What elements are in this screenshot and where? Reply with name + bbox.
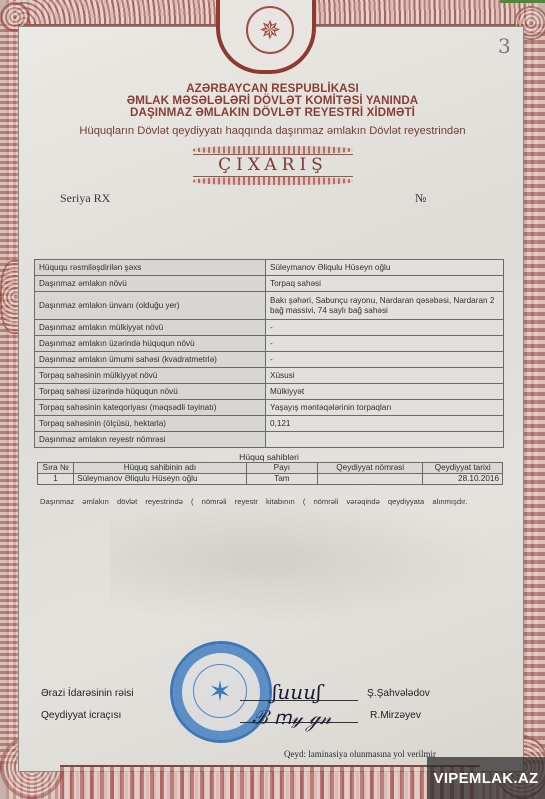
field-label: Daşınmaz əmlakın ünvanı (olduğu yer) — [35, 292, 266, 320]
number-label: № — [415, 191, 426, 206]
column-header: Qeydiyyat nömrəsi — [318, 463, 423, 474]
header-subtitle: Hüquqların Dövlət qeydiyyatı haqqında da… — [0, 125, 545, 137]
document-background: ✵ 3 AZƏRBAYCAN RESPUBLİKASI ƏMLAK MƏSƏLƏ… — [0, 0, 545, 799]
background-watermark — [110, 495, 500, 625]
column-header: Qeydiyyat tarixi — [423, 463, 503, 474]
handwritten-page-number: 3 — [498, 34, 511, 58]
field-value: Xüsusi — [266, 368, 504, 384]
field-label: Daşınmaz əmlakın üzərində hüququn növü — [35, 336, 266, 352]
table-cell: 28.10.2016 — [423, 474, 503, 485]
field-label: Daşınmaz əmlakın reyestr nömrəsi — [35, 432, 266, 448]
table-cell: Süleymanov Əliqulu Hüseyn oğlu — [74, 474, 247, 485]
table-row: Torpaq sahəsinin mülkiyyət növüXüsusi — [35, 368, 504, 384]
stamp-emblem-icon: ✶ — [193, 664, 247, 718]
field-label: Daşınmaz əmlakın növü — [35, 276, 266, 292]
signature-scribble-icon: ʃuuuʃ — [272, 680, 322, 704]
signature-name-executor: R.Mirzəyev — [370, 710, 421, 721]
table-row: Daşınmaz əmlakın üzərində hüququn növü- — [35, 336, 504, 352]
field-value: Süleymanov Əliqulu Hüseyn oğlu — [266, 260, 504, 276]
table-row: Daşınmaz əmlakın ümumi sahəsi (kvadratme… — [35, 352, 504, 368]
table-row: Daşınmaz əmlakın reyestr nömrəsi — [35, 432, 504, 448]
site-watermark-badge: VIPEMLAK.AZ — [427, 757, 545, 799]
header-service: DAŞINMAZ ƏMLAKIN DÖVLƏT REYESTRİ XİDMƏTİ — [0, 107, 545, 119]
table-cell: 1 — [38, 474, 74, 485]
column-header: Payı — [246, 463, 317, 474]
bottom-border-pattern — [60, 765, 480, 799]
field-value — [266, 432, 504, 448]
table-row: Torpaq sahəsi üzərində hüququn növüMülki… — [35, 384, 504, 400]
registration-note: Daşınmaz əmlakın dövlət reyestrində ( nö… — [40, 497, 480, 507]
table-row: 1Süleymanov Əliqulu Hüseyn oğluTam28.10.… — [38, 474, 503, 485]
azerbaijan-emblem-icon: ✵ — [246, 6, 294, 54]
field-value: Torpaq sahəsi — [266, 276, 504, 292]
field-label: Torpaq sahəsinin mülkiyyət növü — [35, 368, 266, 384]
field-value: Bakı şəhəri, Sabunçu rayonu, Nardaran qə… — [266, 292, 504, 320]
field-value: - — [266, 320, 504, 336]
signature-role-executor: Qeydiyyat icraçısı — [41, 710, 121, 721]
lamination-footnote: Qeyd: laminasiya olunmasına yol verilmir — [284, 749, 436, 759]
field-label: Daşınmaz əmlakın ümumi sahəsi (kvadratme… — [35, 352, 266, 368]
field-label: Daşınmaz əmlakın mülkiyyət növü — [35, 320, 266, 336]
owners-table: Sıra №Hüquq sahibinin adıPayıQeydiyyat n… — [37, 462, 503, 485]
column-header: Hüquq sahibinin adı — [74, 463, 247, 474]
property-details-table: Hüququ rəsmiləşdirilən şəxsSüleymanov Əl… — [34, 259, 504, 448]
field-value: Mülkiyyət — [266, 384, 504, 400]
table-cell — [318, 474, 423, 485]
column-header: Sıra № — [38, 463, 74, 474]
field-label: Torpaq sahəsinin kateqoriyası (məqsədli … — [35, 400, 266, 416]
signature-name-head: Ş.Şahvələdov — [367, 688, 430, 699]
series-label: Seriya RX — [60, 191, 110, 206]
background-edge — [500, 0, 545, 3]
table-cell: Tam — [246, 474, 317, 485]
document-title: ÇIXARIŞ — [193, 155, 353, 175]
field-value: - — [266, 336, 504, 352]
field-value: - — [266, 352, 504, 368]
field-label: Torpaq sahəsinin (ölçüsü, hektarla) — [35, 416, 266, 432]
table-row: Torpaq sahəsinin kateqoriyası (məqsədli … — [35, 400, 504, 416]
field-label: Torpaq sahəsi üzərində hüququn növü — [35, 384, 266, 400]
table-row: Daşınmaz əmlakın mülkiyyət növü- — [35, 320, 504, 336]
table-row: Daşınmaz əmlakın ünvanı (olduğu yer)Bakı… — [35, 292, 504, 320]
signature-role-head: Ərazi İdarəsinin rəisi — [41, 688, 134, 699]
field-label: Hüququ rəsmiləşdirilən şəxs — [35, 260, 266, 276]
field-value: 0,121 — [266, 416, 504, 432]
table-row: Daşınmaz əmlakın növüTorpaq sahəsi — [35, 276, 504, 292]
table-row: Torpaq sahəsinin (ölçüsü, hektarla)0,121 — [35, 416, 504, 432]
field-value: Yaşayış məntəqələrinin torpaqları — [266, 400, 504, 416]
table-row: Hüququ rəsmiləşdirilən şəxsSüleymanov Əl… — [35, 260, 504, 276]
owners-title: Hüquq sahibləri — [34, 452, 504, 462]
signature-scribble-icon: ℬ ꭑ𝓎 ℊ𝓃 — [252, 704, 331, 730]
